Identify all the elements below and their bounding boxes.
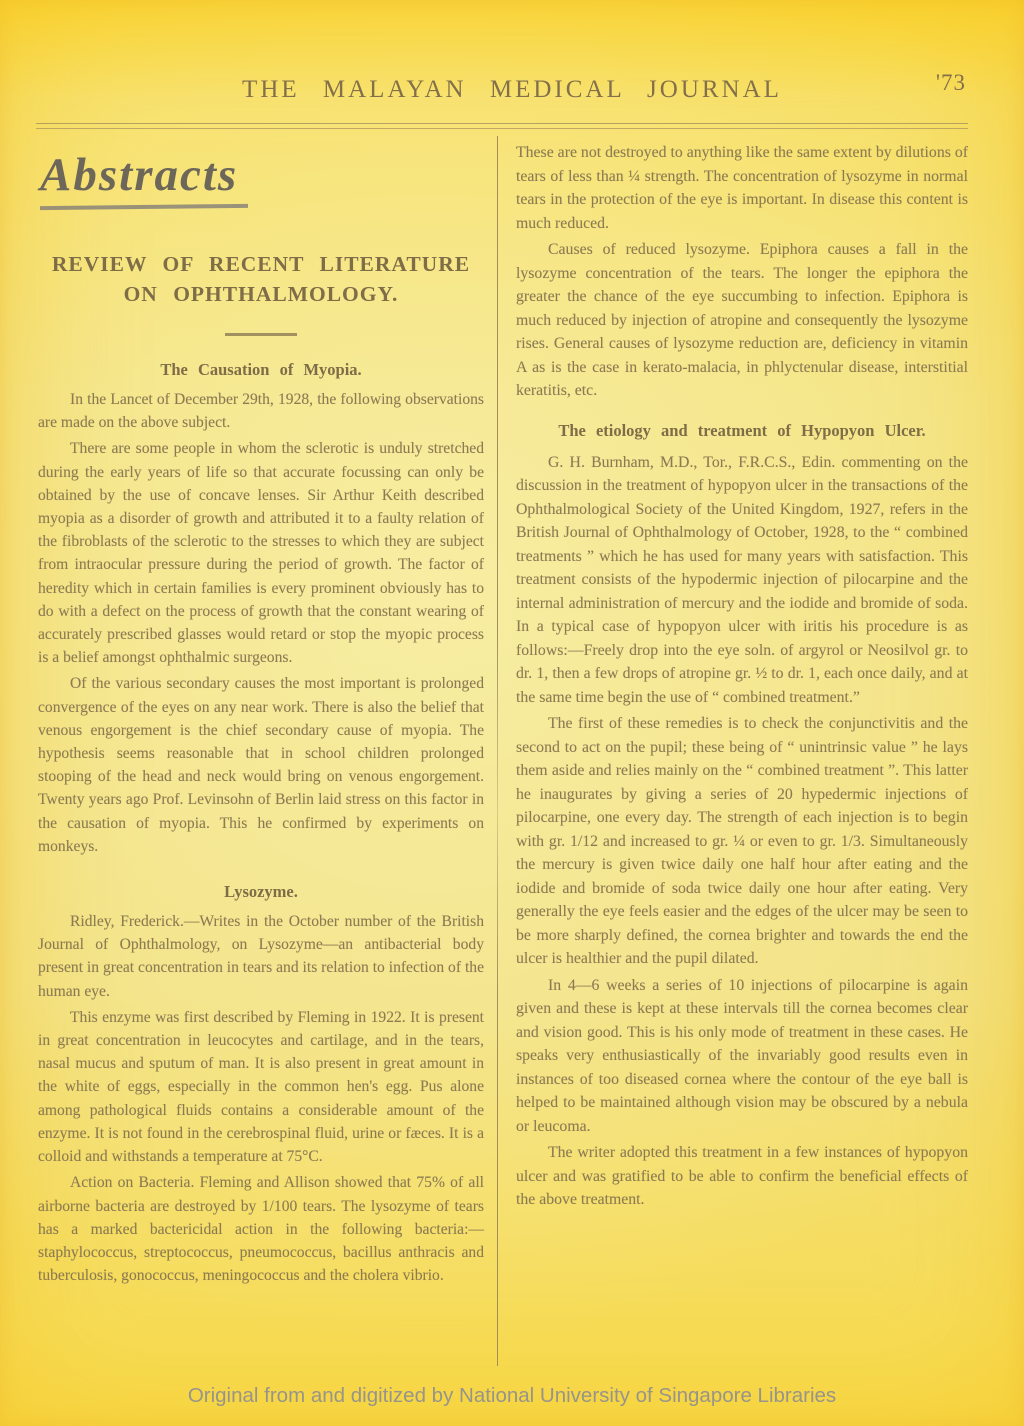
right-column: These are not destroyed to anything like…	[516, 138, 968, 1212]
paragraph: In 4—6 weeks a series of 10 injections o…	[516, 974, 968, 1139]
paragraph: Ridley, Frederick.—Writes in the October…	[38, 910, 484, 1003]
abstracts-underline-rule	[40, 204, 248, 210]
digitization-watermark: Original from and digitized by National …	[0, 1384, 1024, 1408]
paragraph: There are some people in whom the sclero…	[38, 437, 484, 669]
paragraph: The writer adopted this treatment in a f…	[516, 1141, 968, 1212]
paragraph: This enzyme was first described by Flemi…	[38, 1006, 484, 1168]
header-double-rule	[36, 123, 968, 129]
heading-lysozyme: Lysozyme.	[38, 882, 484, 902]
review-title-line1: REVIEW OF RECENT LITERATURE	[38, 249, 484, 279]
heading-hypopyon-ulcer: The etiology and treatment of Hypopyon U…	[516, 421, 968, 441]
heading-causation-of-myopia: The Causation of Myopia.	[38, 360, 484, 380]
paragraph: Causes of reduced lysozyme. Epiphora cau…	[516, 238, 968, 403]
paragraph: Action on Bacteria. Fleming and Allison …	[38, 1171, 484, 1287]
left-column: Abstracts REVIEW OF RECENT LITERATURE ON…	[38, 138, 484, 1287]
paragraph: The first of these remedies is to check …	[516, 712, 968, 971]
paragraph: These are not destroyed to anything like…	[516, 141, 968, 235]
page-number: '73	[936, 70, 966, 96]
scanned-journal-page: THE MALAYAN MEDICAL JOURNAL '73 Abstract…	[0, 0, 1024, 1426]
review-title-line2: ON OPHTHALMOLOGY.	[38, 279, 484, 309]
review-title-rule	[225, 333, 297, 336]
column-divider-rule	[497, 136, 498, 1366]
paragraph: G. H. Burnham, M.D., Tor., F.R.C.S., Edi…	[516, 451, 968, 710]
abstracts-section-title: Abstracts	[40, 148, 484, 202]
paragraph: In the Lancet of December 29th, 1928, th…	[38, 388, 484, 434]
paragraph: Of the various secondary causes the most…	[38, 672, 484, 858]
review-title: REVIEW OF RECENT LITERATURE ON OPHTHALMO…	[38, 249, 484, 309]
journal-title: THE MALAYAN MEDICAL JOURNAL	[0, 76, 1024, 104]
